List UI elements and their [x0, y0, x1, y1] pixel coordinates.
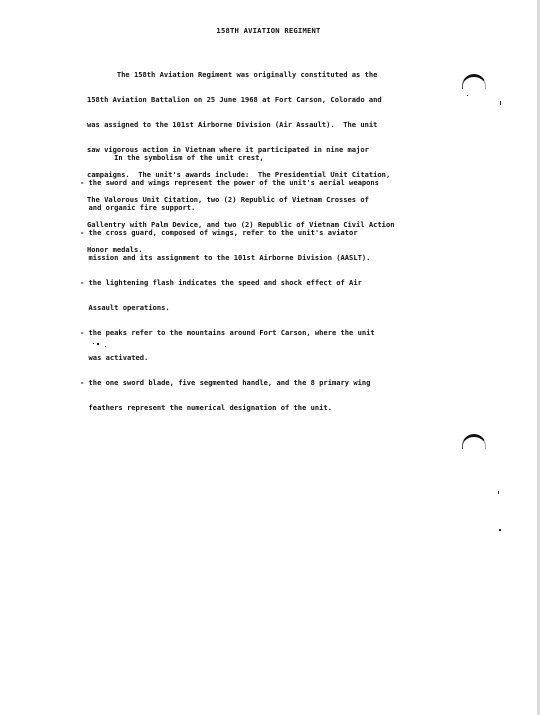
- bullet-line: feathers represent the numerical designa…: [80, 404, 440, 412]
- bullet-line: was activated.: [80, 354, 440, 362]
- bullet-line: and organic fire support.: [80, 204, 440, 212]
- bullet-line: Assault operations.: [80, 304, 440, 312]
- bullet-line: - the sword and wings represent the powe…: [80, 179, 440, 187]
- text-line: was assigned to the 101st Airborne Divis…: [87, 121, 427, 129]
- document-page: 158TH AVIATION REGIMENT The 158th Aviati…: [0, 0, 537, 715]
- scan-speck: [105, 346, 106, 347]
- scan-speck: [93, 359, 94, 360]
- scan-speck: [498, 491, 499, 494]
- bullet-line: - the cross guard, composed of wings, re…: [80, 229, 440, 237]
- symbolism-intro: In the symbolism of the unit crest,: [80, 154, 440, 162]
- bullet-line: - the lightening flash indicates the spe…: [80, 279, 440, 287]
- bullet-line: - the one sword blade, five segmented ha…: [80, 379, 440, 387]
- scan-speck: [500, 101, 501, 105]
- scan-speck: [93, 343, 94, 344]
- text-line: 158th Aviation Battalion on 25 June 1968…: [87, 96, 427, 104]
- punch-hole-mark: [462, 74, 486, 89]
- bullet-line: - the peaks refer to the mountains aroun…: [80, 329, 440, 337]
- scan-speck: [499, 529, 501, 531]
- paragraph-symbolism: In the symbolism of the unit crest, - th…: [80, 137, 440, 429]
- scan-speck: [97, 343, 99, 345]
- scan-speck: [467, 95, 468, 96]
- document-title: 158TH AVIATION REGIMENT: [0, 26, 537, 35]
- punch-hole-mark: [462, 434, 486, 449]
- bullet-line: mission and its assignment to the 101st …: [80, 254, 440, 262]
- text-line: The 158th Aviation Regiment was original…: [87, 71, 427, 79]
